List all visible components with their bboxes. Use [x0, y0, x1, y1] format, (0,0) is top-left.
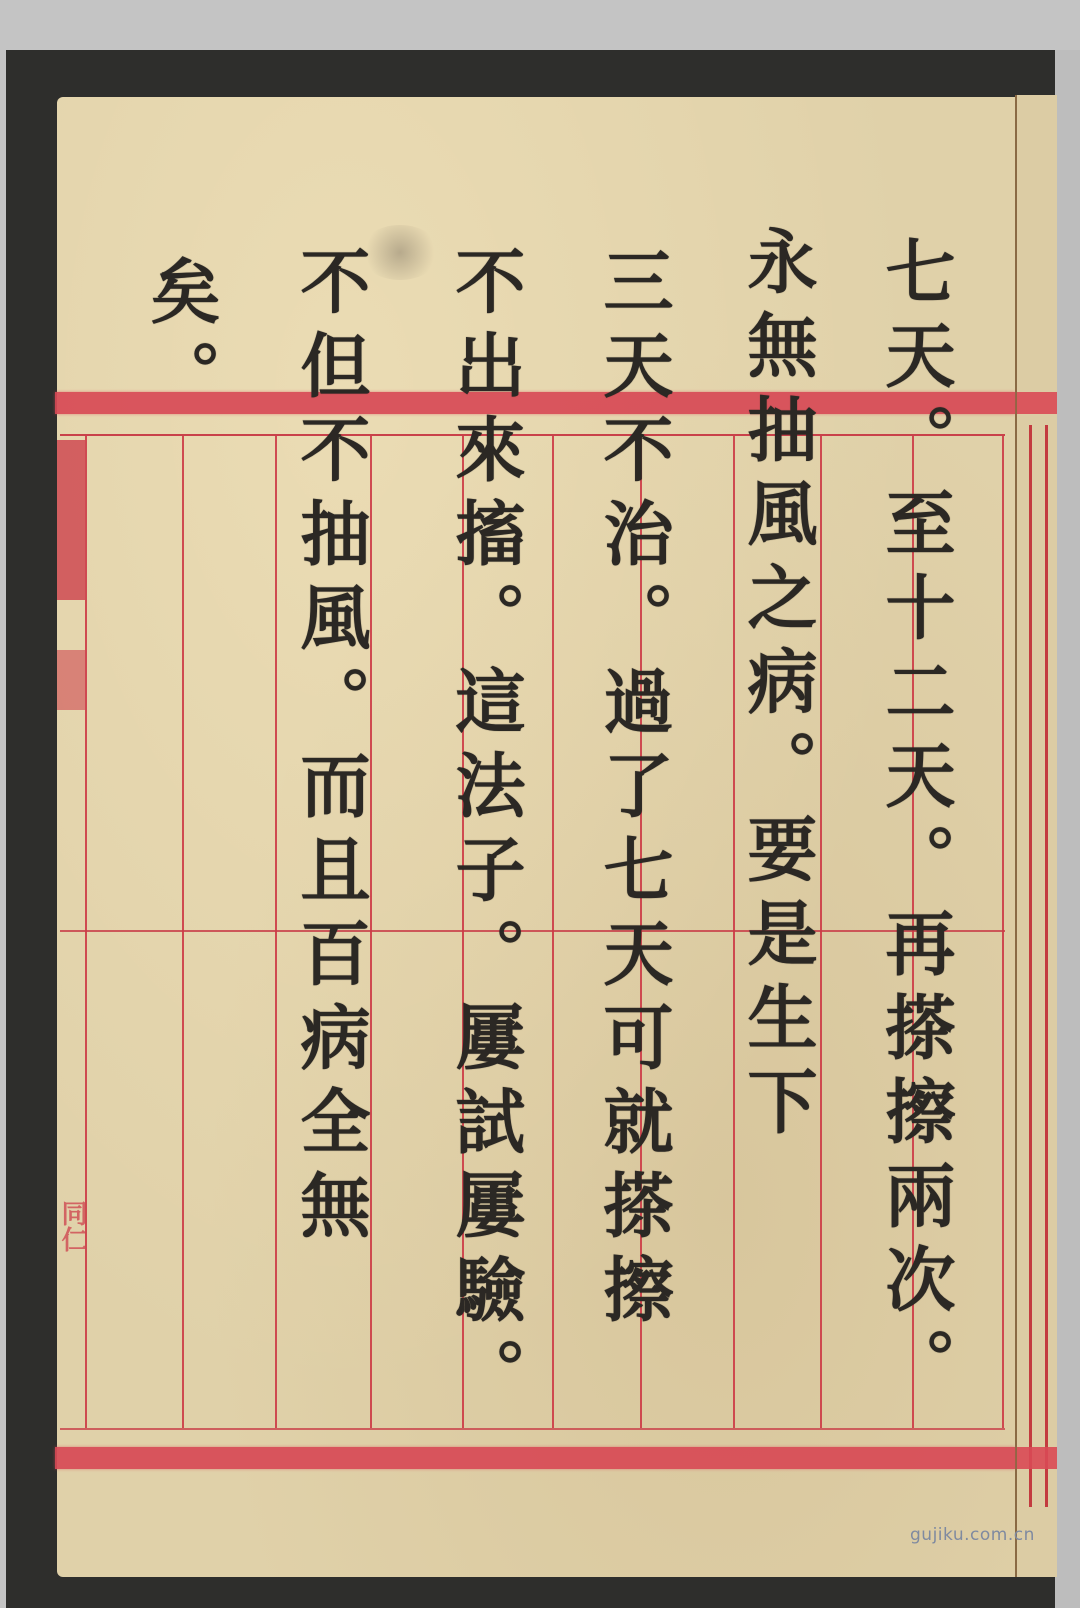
margin-seal-block	[57, 650, 87, 710]
column-rule	[552, 436, 554, 1428]
facing-page-edge	[1015, 95, 1057, 1577]
text-column-1: 七天。至十二天。再搽擦兩次。	[880, 235, 950, 1411]
bottom-thin-rule	[60, 1428, 1005, 1430]
text-column-4: 不出來搐。這法子。屢試屢驗。	[450, 245, 520, 1421]
column-rule	[733, 436, 735, 1428]
facing-page-band	[1017, 392, 1057, 414]
facing-page-ruling	[1029, 425, 1032, 1507]
margin-seal-text: 同仁	[54, 1200, 91, 1252]
column-rule	[182, 436, 184, 1428]
facing-page-band	[1017, 1447, 1057, 1469]
facing-page-ruling	[1045, 425, 1048, 1507]
top-thin-rule	[60, 434, 1005, 436]
margin-seal-block	[57, 440, 87, 600]
column-rule	[275, 436, 277, 1428]
middle-thin-rule	[60, 930, 1005, 932]
ink-smudge	[360, 225, 440, 280]
column-rule	[820, 436, 822, 1428]
column-rule	[1002, 436, 1004, 1428]
bottom-red-band	[55, 1447, 1015, 1469]
scanner-edge	[1055, 50, 1080, 1608]
text-column-2: 永無抽風之病。要是生下	[742, 225, 812, 1149]
text-column-3: 三天不治。過了七天可就搽擦	[598, 245, 668, 1337]
text-column-6: 矣。	[145, 255, 215, 423]
text-column-5: 不但不抽風。而且百病全無	[295, 245, 365, 1253]
site-watermark: gujiku.com.cn	[910, 1525, 1035, 1545]
